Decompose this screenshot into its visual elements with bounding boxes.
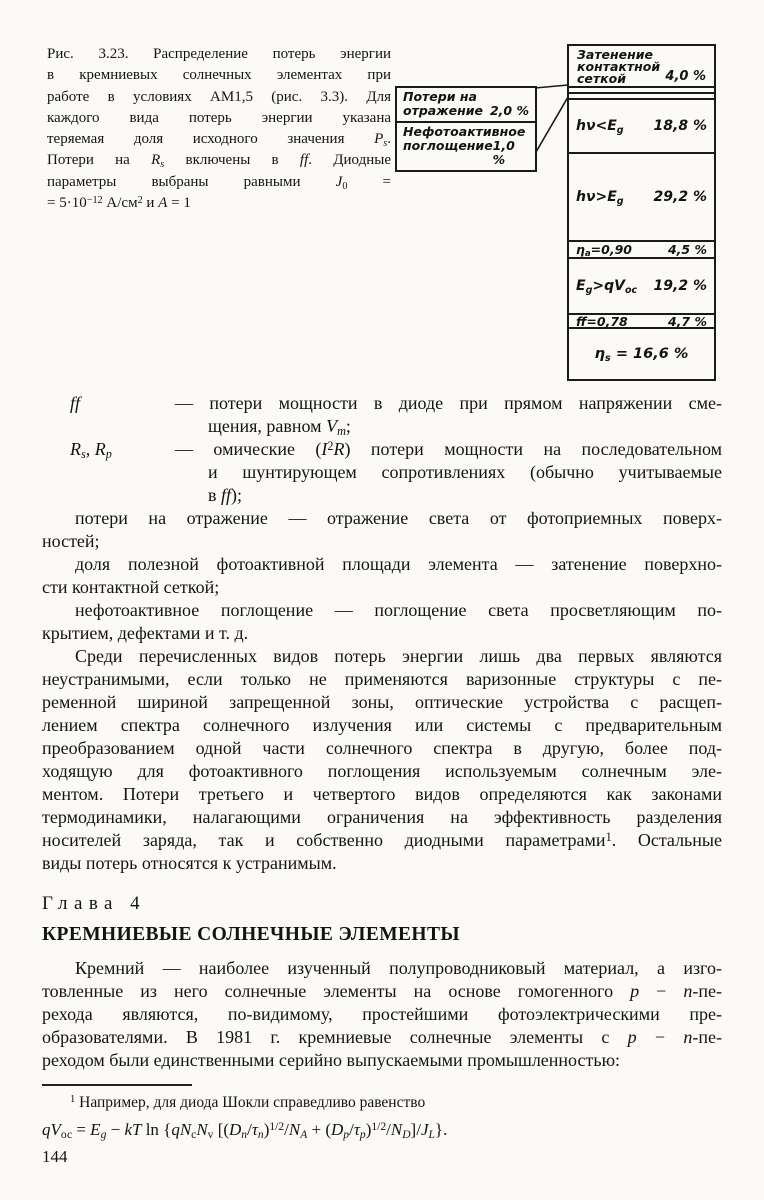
text-line: ментом. Потери третьего и четвертого вид…: [42, 783, 722, 806]
callout-box: Нефотоактивноепоглощение1,0 %: [397, 121, 535, 170]
text-line: потери на отражение — отражение света от…: [42, 507, 722, 530]
text-line: параметры выбраны равными J0 =: [47, 172, 391, 193]
section-label: Затенениеконтактнойсеткой: [577, 47, 660, 86]
section-label: Eg>qVoc: [576, 278, 637, 294]
text-line: Рис. 3.23. Распределение потерь энергии: [47, 44, 391, 65]
footnote-text: 1 Например, для диода Шокли справедливо …: [42, 1094, 722, 1112]
text-line: сти контактной сеткой;: [42, 576, 722, 599]
energy-loss-diagram: Потери наотражение2,0 %Нефотоактивноепог…: [390, 0, 724, 392]
text-line: Среди перечисленных видов потерь энергии…: [42, 645, 722, 668]
section-value: 4,5 %: [668, 242, 707, 257]
text-line: щения, равном Vm;: [175, 415, 722, 438]
text-line: Кремний — наиболее изученный полупроводн…: [42, 957, 722, 980]
callout-label: отражение: [403, 104, 483, 118]
text-line: образователями. В 1981 г. кремниевые сол…: [42, 1026, 722, 1049]
section-label: ηs = 16,6 %: [595, 346, 689, 362]
text-line: Потери на Rs включены в ff. Диодные: [47, 150, 391, 171]
text-line: ходящую для фотоактивного поглощения исп…: [42, 760, 722, 783]
callout-label: Нефотоактивное: [403, 125, 529, 139]
text-line: в ff);: [175, 484, 722, 507]
text-line: = 5·10−12 А/см2 и A = 1: [47, 193, 391, 214]
chapter-label: Глава 4: [42, 893, 146, 915]
text-line: лением спектра солнечного излучения или …: [42, 714, 722, 737]
figure-caption: Рис. 3.23. Распределение потерь энергиив…: [47, 44, 391, 214]
callout-box: Потери наотражение2,0 %: [397, 88, 535, 121]
paragraph-block: потери на отражение — отражение света от…: [42, 507, 722, 875]
diagram-section-thin: ηa=0,904,5 %: [569, 240, 714, 257]
definition-row: Rs, Rp— омические (I2R) потери мощности …: [42, 438, 722, 507]
text-line: в кремниевых солнечных элементах при: [47, 65, 391, 86]
text-line: виды потерь относятся к устранимым.: [42, 852, 722, 875]
text-line: теряемая доля исходного значения Ps.: [47, 129, 391, 150]
text-line: крытием, дефектами и т. д.: [42, 622, 722, 645]
text-line: — потери мощности в диоде при прямом нап…: [175, 392, 722, 415]
text-line: преобразованием одной части солнечного с…: [42, 737, 722, 760]
text-line: нефотоактивное поглощение — поглощение с…: [42, 599, 722, 622]
section-label: ηa=0,90: [576, 242, 632, 257]
callout-value: 2,0 %: [490, 104, 529, 118]
callout-label: Потери на: [403, 90, 529, 104]
diagram-section-box: Eg>qVoc19,2 %: [569, 257, 714, 313]
callout-boxes: Потери наотражение2,0 %Нефотоактивноепог…: [395, 86, 537, 172]
text-line: носителей заряда, так и собственно диодн…: [42, 829, 722, 852]
section-value: 18,8 %: [654, 118, 707, 134]
section-label: hν<Eg: [576, 118, 624, 134]
text-line: каждого вида потерь энергии указана: [47, 108, 391, 129]
text-line: товленные из него солнечные элементы на …: [42, 980, 722, 1003]
definition-body: — потери мощности в диоде при прямом нап…: [175, 392, 722, 438]
callout-label: поглощение: [403, 139, 493, 167]
text-line: ностей;: [42, 530, 722, 553]
text-line: работе в условиях АМ1,5 (рис. 3.3). Для: [47, 87, 391, 108]
definition-body: — омические (I2R) потери мощности на пос…: [175, 438, 722, 507]
diagram-section-box: hν<Eg18,8 %: [569, 98, 714, 152]
chapter-paragraph: Кремний — наиболее изученный полупроводн…: [42, 957, 722, 1072]
chapter-title: КРЕМНИЕВЫЕ СОЛНЕЧНЫЕ ЭЛЕМЕНТЫ: [42, 924, 460, 946]
text-line: — омические (I2R) потери мощности на пос…: [175, 438, 722, 461]
section-label: hν>Eg: [576, 189, 624, 205]
page-number: 144: [42, 1147, 68, 1167]
section-value: 4,7 %: [668, 314, 707, 329]
text-line: рехода являются, по-видимому, простейшим…: [42, 1003, 722, 1026]
section-value: 4,0 %: [665, 71, 706, 83]
text-line: ременной шириной запрещенной зоны, оптич…: [42, 691, 722, 714]
text-line: и шунтирующем сопротивлениях (обычно учи…: [175, 461, 722, 484]
diagram-section-shade: Затенениеконтактнойсеткой4,0 %: [569, 46, 714, 86]
definition-list: ff— потери мощности в диоде при прямом н…: [42, 392, 722, 507]
section-value: 29,2 %: [654, 189, 707, 205]
diagram-section-box: hν>Eg29,2 %: [569, 152, 714, 240]
section-label: ff=0,78: [576, 314, 628, 329]
diagram-section-thin: ff=0,784,7 %: [569, 313, 714, 327]
definition-term: Rs, Rp: [42, 438, 175, 507]
text-line: реходом были единственными серийно выпус…: [42, 1049, 722, 1072]
definition-term: ff: [42, 392, 175, 438]
body-paragraph: нефотоактивное поглощение — поглощение с…: [42, 599, 722, 645]
footnote-formula: qVос = Eg − kT ln {qNcNv [(Dn/τn)1/2/NA …: [42, 1120, 742, 1140]
book-page: Рис. 3.23. Распределение потерь энергиив…: [0, 0, 764, 1200]
diagram-column: Затенениеконтактнойсеткой4,0 %hν<Eg18,8 …: [567, 44, 716, 381]
body-text: ff— потери мощности в диоде при прямом н…: [42, 392, 722, 875]
callout-value: 1,0 %: [493, 139, 529, 167]
body-paragraph: доля полезной фотоактивной площади элеме…: [42, 553, 722, 599]
diagram-section-center: ηs = 16,6 %: [569, 327, 714, 379]
definition-row: ff— потери мощности в диоде при прямом н…: [42, 392, 722, 438]
text-line: доля полезной фотоактивной площади элеме…: [42, 553, 722, 576]
text-line: неустранимыми, если только не применяютс…: [42, 668, 722, 691]
body-paragraph: потери на отражение — отражение света от…: [42, 507, 722, 553]
footnote-divider: [42, 1084, 192, 1086]
body-paragraph: Среди перечисленных видов потерь энергии…: [42, 645, 722, 875]
text-line: термодинамики, налагающими ограничения н…: [42, 806, 722, 829]
section-value: 19,2 %: [654, 278, 707, 294]
